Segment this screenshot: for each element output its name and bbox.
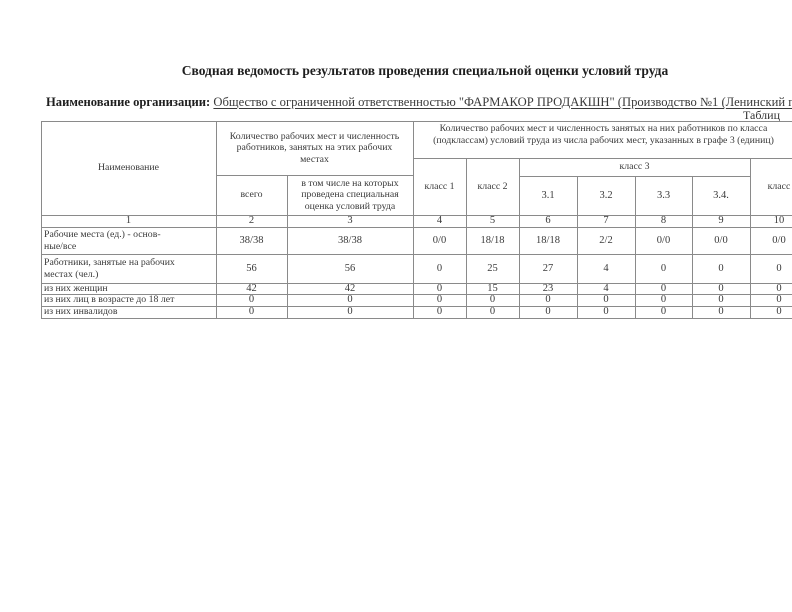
row-value: 0 [635,254,692,283]
header-total: всего [216,175,287,215]
header-class3-4: 3.4. [692,176,750,215]
row-value: 23 [519,283,577,294]
row-value: 0 [519,294,577,306]
row-label: Работники, занятые на рабочих местах (че… [41,254,216,283]
header-class1: класс 1 [413,158,466,215]
column-number: 5 [466,215,519,227]
row-value: 0 [692,283,750,294]
row-value: 56 [216,254,287,283]
row-value: 0 [635,283,692,294]
table-rule [41,215,792,216]
row-value: 0 [413,283,466,294]
summary-table: Наименование Количество рабочих мест и ч… [0,0,792,612]
row-value: 27 [519,254,577,283]
row-value: 0 [216,294,287,306]
table-rule [519,158,520,318]
row-value: 0 [287,294,413,306]
column-number: 3 [287,215,413,227]
row-label: Рабочие места (ед.) - основ- ные/все [41,227,216,254]
row-value: 0/0 [635,227,692,254]
row-value: 4 [577,254,635,283]
row-value: 0 [577,306,635,318]
row-value: 0 [635,306,692,318]
header-class3-2: 3.2 [577,176,635,215]
column-number: 8 [635,215,692,227]
row-value: 0 [287,306,413,318]
table-rule [750,158,751,318]
row-value: 0 [750,283,792,294]
row-label: из них инвалидов [41,306,216,318]
row-value: 56 [287,254,413,283]
header-workplaces-group: Количество рабочих мест и численность ра… [222,121,407,175]
row-label: из них лиц в возрасте до 18 лет [41,294,216,306]
table-rule [41,227,792,228]
row-value: 42 [216,283,287,294]
column-number: 10 [750,215,792,227]
table-rule [41,294,792,295]
row-value: 0/0 [413,227,466,254]
table-rule [577,176,578,318]
column-number: 1 [41,215,216,227]
row-value: 0 [216,306,287,318]
row-value: 0 [692,306,750,318]
header-class3: класс 3 [519,158,750,176]
column-number: 7 [577,215,635,227]
row-value: 0 [577,294,635,306]
row-value: 18/18 [519,227,577,254]
header-classes-group: Количество рабочих мест и численность за… [415,121,792,158]
row-value: 38/38 [216,227,287,254]
row-value: 42 [287,283,413,294]
row-value: 0 [635,294,692,306]
table-rule [635,176,636,318]
row-value: 0 [750,294,792,306]
row-value: 0 [466,306,519,318]
table-rule [216,121,217,318]
table-rule [692,176,693,318]
table-rule [41,283,792,284]
row-value: 0/0 [692,227,750,254]
header-class4: класс [750,158,792,215]
column-number: 4 [413,215,466,227]
header-class3-3: 3.3 [635,176,692,215]
table-rule [41,254,792,255]
table-rule [287,175,288,318]
row-value: 0 [519,306,577,318]
table-rule [413,158,792,159]
row-value: 0 [750,254,792,283]
row-label: из них женщин [41,283,216,294]
table-rule [413,121,414,318]
table-rule [41,121,42,318]
column-number: 6 [519,215,577,227]
column-number: 2 [216,215,287,227]
row-value: 0 [413,294,466,306]
row-value: 0 [413,254,466,283]
row-value: 18/18 [466,227,519,254]
row-value: 0 [692,254,750,283]
header-class2: класс 2 [466,158,519,215]
row-value: 25 [466,254,519,283]
table-rule [216,175,413,176]
row-value: 2/2 [577,227,635,254]
header-name: Наименование [41,121,216,215]
row-value: 0 [413,306,466,318]
row-value: 15 [466,283,519,294]
row-value: 0/0 [750,227,792,254]
header-assessed: в том числе на которых проведена специал… [287,175,413,215]
header-class3-1: 3.1 [519,176,577,215]
row-value: 4 [577,283,635,294]
row-value: 0 [692,294,750,306]
row-value: 0 [466,294,519,306]
table-rule [466,158,467,318]
row-value: 0 [750,306,792,318]
column-number: 9 [692,215,750,227]
row-value: 38/38 [287,227,413,254]
table-rule [41,121,792,122]
table-rule [41,306,792,307]
table-rule [41,318,792,319]
